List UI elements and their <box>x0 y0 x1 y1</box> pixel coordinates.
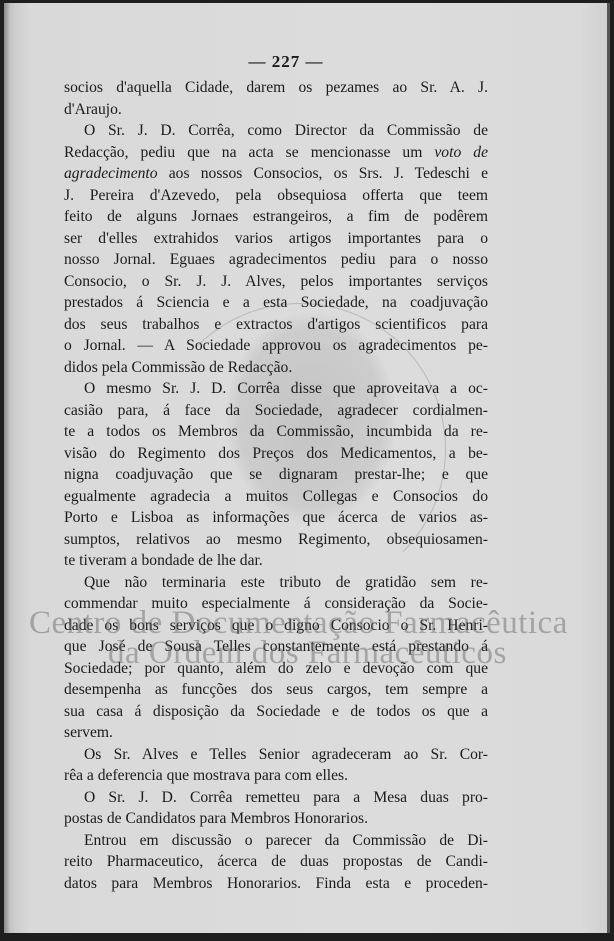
watermark-line-2: da Ordem dos Farmacêuticos <box>108 635 507 672</box>
page-edge <box>607 3 610 933</box>
text-line: rêa a deferencia que mostrava para com e… <box>64 765 488 787</box>
text-line: Que não terminaria este tributo de grati… <box>64 572 488 594</box>
text-line: te tiveram a bondade de lhe dar. <box>64 550 488 572</box>
text-line: socios d'aquella Cidade, darem os pezame… <box>64 77 488 99</box>
text-line: agradecimento aos nossos Consocios, os S… <box>64 163 488 185</box>
text-line: te a todos os Membros da Commissão, incu… <box>64 421 488 443</box>
text-line: postas de Candidatos para Membros Honora… <box>64 808 488 830</box>
text-line: casião para, á face da Sociedade, agrade… <box>64 400 488 422</box>
text-line: Os Sr. Alves e Telles Senior agradeceram… <box>64 744 488 766</box>
text-line: O Sr. J. D. Corrêa, como Director da Com… <box>64 120 488 142</box>
text-line: desempenha as funcções dos seus cargos, … <box>64 679 488 701</box>
text-line: O mesmo Sr. J. D. Corrêa disse que aprov… <box>64 378 488 400</box>
text-line: nosso Jornal. Eguaes agradecimentos pedi… <box>64 249 488 271</box>
text-line: prestados á Sciencia e a esta Sociedade,… <box>64 292 488 314</box>
text-line: sua casa á disposição da Sociedade e de … <box>64 701 488 723</box>
text-line: dos seus trabalhos e extractos d'artigos… <box>64 314 488 336</box>
text-line: J. Pereira d'Azevedo, pela obsequiosa of… <box>64 185 488 207</box>
text-line: Entrou em discussão o parecer da Commiss… <box>64 830 488 852</box>
text-line: sumptos, relativos ao mesmo Regimento, o… <box>64 529 488 551</box>
italic-term: agradecimento <box>64 165 158 182</box>
text-line: didos pela Commissão de Redacção. <box>64 357 488 379</box>
text-line: ser d'elles extrahidos varios artigos im… <box>64 228 488 250</box>
text-line: Redacção, pediu que na acta se mencionas… <box>64 142 488 164</box>
italic-term: voto de <box>434 144 488 161</box>
text-line: egualmente agradecia a muitos Collegas e… <box>64 486 488 508</box>
text-line: nigna coadjuvação que se dignaram presta… <box>64 464 488 486</box>
text-line: datos para Membros Honorarios. Finda est… <box>64 873 488 895</box>
text-line: Porto e Lisboa as informações que ácerca… <box>64 507 488 529</box>
binding-shadow <box>4 3 10 933</box>
text-line: O Sr. J. D. Corrêa remetteu para a Mesa … <box>64 787 488 809</box>
text-line: Consocio, o Sr. J. J. Alves, pelos impor… <box>64 271 488 293</box>
body-text: — 227 — socios d'aquella Cidade, darem o… <box>64 51 488 894</box>
text-line: o Jornal. — A Sociedade approvou os agra… <box>64 335 488 357</box>
text-line: feito de alguns Jornaes estrangeiros, a … <box>64 206 488 228</box>
text-line: reito Pharmaceutico, ácerca de duas prop… <box>64 851 488 873</box>
text-line: d'Araujo. <box>64 99 488 121</box>
text-lines: socios d'aquella Cidade, darem os pezame… <box>64 77 488 894</box>
scanned-page: — 227 — socios d'aquella Cidade, darem o… <box>4 3 610 933</box>
text-line: visão do Regimento dos Preços dos Medica… <box>64 443 488 465</box>
page-number: — 227 — <box>64 51 488 75</box>
text-line: servem. <box>64 722 488 744</box>
